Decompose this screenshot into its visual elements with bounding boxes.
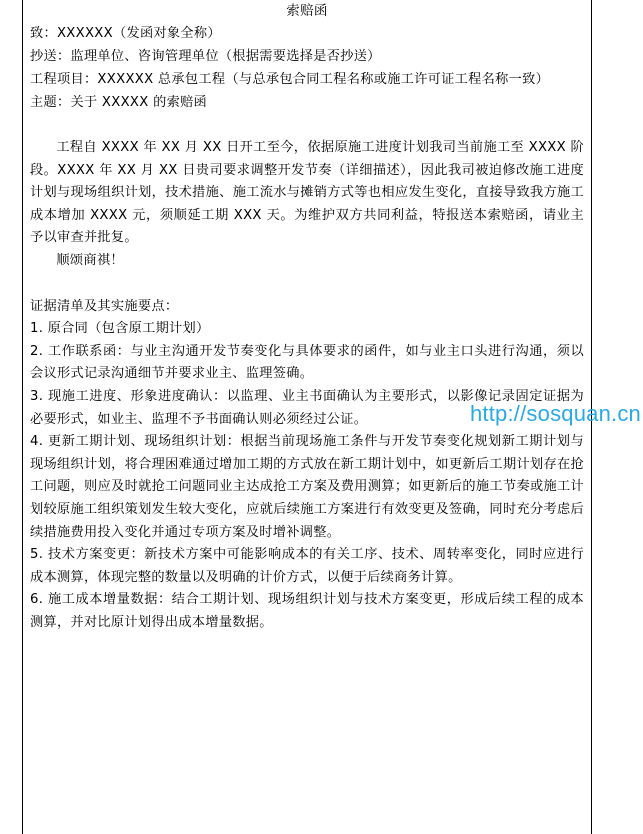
- recipient-line: 致：XXXXXX（发函对象全称）: [30, 22, 584, 45]
- evidence-item: 1. 原合同（包含原工期计划）: [30, 318, 584, 341]
- subject-line: 主题：关于 XXXXX 的索赔函: [30, 91, 584, 114]
- body-paragraph: 工程自 XXXX 年 XX 月 XX 日开工至今，依据原施工进度计划我司当前施工…: [30, 137, 584, 250]
- spacer: [30, 114, 584, 137]
- evidence-item: 2. 工作联系函：与业主沟通开发节奏变化与具体要求的函件，如与业主口头进行沟通，…: [30, 341, 584, 386]
- cc-line: 抄送：监理单位、咨询管理单位（根据需要选择是否抄送）: [30, 45, 584, 68]
- document-title: 索赔函: [30, 0, 584, 22]
- watermark-url: http://sosquan.cn: [470, 401, 641, 427]
- evidence-heading: 证据清单及其实施要点：: [30, 296, 584, 319]
- project-line: 工程项目：XXXXXX 总承包工程（与总承包合同工程名称或施工许可证工程名称一致…: [30, 68, 584, 91]
- evidence-item: 6. 施工成本增量数据：结合工期计划、现场组织计划与技术方案变更，形成后续工程的…: [30, 589, 584, 634]
- spacer: [30, 273, 584, 296]
- evidence-item: 4. 更新工期计划、现场组织计划：根据当前现场施工条件与开发节奏变化规划新工期计…: [30, 431, 584, 544]
- document-content: 索赔函 致：XXXXXX（发函对象全称） 抄送：监理单位、咨询管理单位（根据需要…: [30, 0, 584, 634]
- evidence-item: 5. 技术方案变更：新技术方案中可能影响成本的有关工序、技术、周转率变化，同时应…: [30, 544, 584, 589]
- closing-salutation: 顺颂商祺！: [30, 250, 584, 273]
- evidence-list: 1. 原合同（包含原工期计划） 2. 工作联系函：与业主沟通开发节奏变化与具体要…: [30, 318, 584, 634]
